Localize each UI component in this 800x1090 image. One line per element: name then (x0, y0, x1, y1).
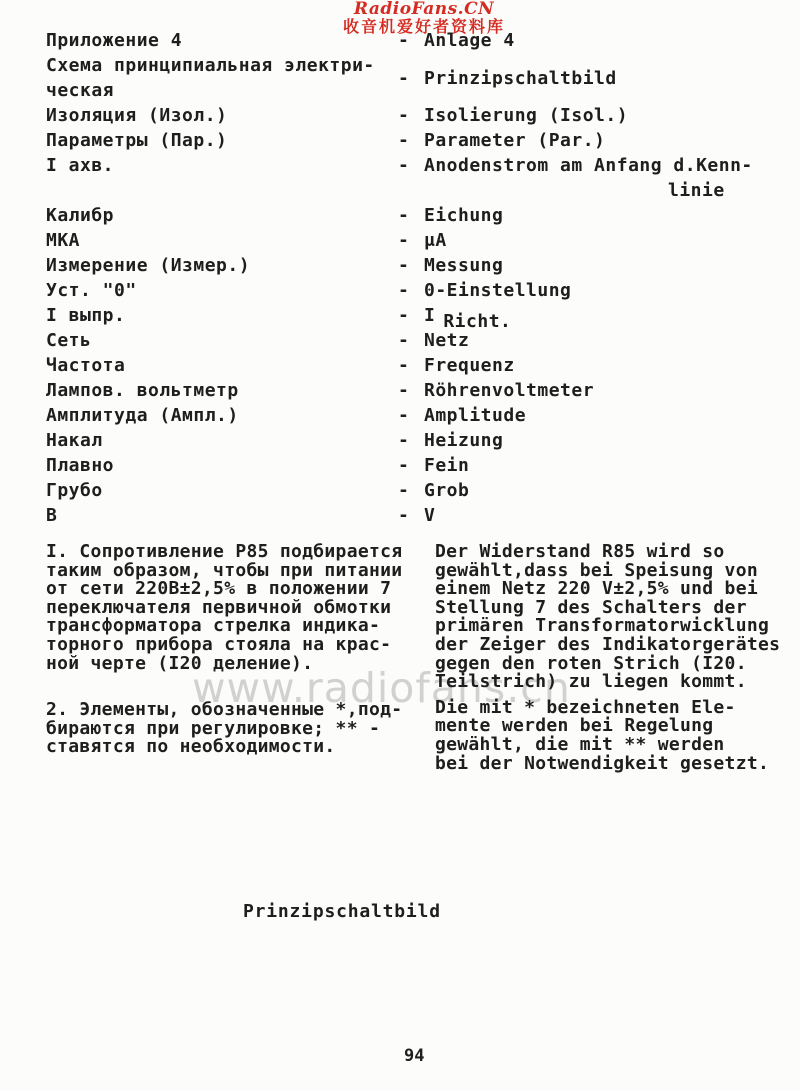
glossary-row: Сеть-Netz (46, 328, 786, 353)
glossary-term-german: Parameter (Par.) (424, 128, 786, 153)
glossary-separator-dash: - (398, 253, 424, 278)
note-2-german: Die mit * bezeichneten Ele-mente werden … (435, 699, 794, 773)
glossary-term-russian: Схема принципиальная электри-ческая (46, 53, 398, 103)
glossary-term-russian: Лампов. вольтметр (46, 378, 398, 403)
glossary-term-german: Anlage 4 (424, 28, 786, 53)
notes-section: I. Сопротивление Р85 подбираетсятаким об… (46, 543, 794, 773)
glossary-term-german: IRicht. (424, 303, 786, 328)
glossary-separator-dash: - (398, 103, 424, 128)
page-number: 94 (404, 1046, 424, 1066)
glossary-row: Уст. "0"-0-Einstellung (46, 278, 786, 303)
glossary-separator-dash: - (398, 328, 424, 353)
glossary-separator-dash: - (398, 353, 424, 378)
notes-column-german: Der Widerstand R85 wird sogewählt,dass b… (435, 543, 794, 773)
glossary-term-german: Amplitude (424, 403, 786, 428)
note-line: от сети 220В±2,5% в положении 7 (46, 580, 435, 599)
glossary-term-russian: Амплитуда (Ампл.) (46, 403, 398, 428)
glossary-separator-dash: - (398, 478, 424, 503)
note-line: einem Netz 220 V±2,5% und bei (435, 580, 794, 599)
glossary-term-russian: I выпр. (46, 303, 398, 328)
note-1-russian: I. Сопротивление Р85 подбираетсятаким об… (46, 543, 435, 673)
glossary-separator-dash: - (398, 66, 424, 91)
glossary-row: Параметры (Пар.)-Parameter (Par.) (46, 128, 786, 153)
note-line: 2. Элементы, обозначенные *,под- (46, 701, 435, 720)
glossary-row: I ахв.-Anodenstrom am Anfang d.Kenn-lini… (46, 153, 786, 203)
glossary-term-german: Heizung (424, 428, 786, 453)
glossary-term-russian: Сеть (46, 328, 398, 353)
glossary-separator-dash: - (398, 128, 424, 153)
glossary-row: Лампов. вольтметр-Röhrenvoltmeter (46, 378, 786, 403)
glossary-row: Амплитуда (Ампл.)-Amplitude (46, 403, 786, 428)
glossary-term-german: Eichung (424, 203, 786, 228)
glossary-term-german: Fein (424, 453, 786, 478)
note-line: Der Widerstand R85 wird so (435, 543, 794, 562)
glossary-term-german: Messung (424, 253, 786, 278)
glossary-term-russian: Грубо (46, 478, 398, 503)
glossary-row: Приложение 4-Anlage 4 (46, 28, 786, 53)
glossary-term-russian: В (46, 503, 398, 528)
note-line: gewählt, die mit ** werden (435, 736, 794, 755)
glossary-separator-dash: - (398, 378, 424, 403)
glossary-term-russian: МКА (46, 228, 398, 253)
glossary-separator-dash: - (398, 203, 424, 228)
glossary-term-german: V (424, 503, 786, 528)
glossary-term-russian: Накал (46, 428, 398, 453)
glossary-term-russian: Плавно (46, 453, 398, 478)
glossary-term-russian: Калибр (46, 203, 398, 228)
glossary-row: Калибр-Eichung (46, 203, 786, 228)
glossary-term-german: Röhrenvoltmeter (424, 378, 786, 403)
notes-column-russian: I. Сопротивление Р85 подбираетсятаким об… (46, 543, 435, 773)
note-1-german: Der Widerstand R85 wird sogewählt,dass b… (435, 543, 794, 692)
glossary-row: I выпр.-IRicht. (46, 303, 786, 328)
glossary-term-german: 0-Einstellung (424, 278, 786, 303)
note-line: der Zeiger des Indikatorgerätes (435, 636, 794, 655)
glossary-separator-dash: - (398, 228, 424, 253)
glossary-term-russian: Параметры (Пар.) (46, 128, 398, 153)
glossary-term-german: Frequenz (424, 353, 786, 378)
glossary-row: В-V (46, 503, 786, 528)
glossary-row: Накал-Heizung (46, 428, 786, 453)
glossary-separator-dash: - (398, 428, 424, 453)
glossary-term-russian: Частота (46, 353, 398, 378)
note-line: торного прибора стояла на крас- (46, 636, 435, 655)
glossary-row: Грубо-Grob (46, 478, 786, 503)
glossary-separator-dash: - (398, 303, 424, 328)
glossary-table: Приложение 4-Anlage 4Схема принципиальна… (46, 28, 786, 528)
glossary-row: Измерение (Измер.)-Messung (46, 253, 786, 278)
glossary-term-russian: Уст. "0" (46, 278, 398, 303)
glossary-term-russian: Приложение 4 (46, 28, 398, 53)
schematic-caption: Prinzipschaltbild (243, 901, 441, 922)
glossary-term-german: μA (424, 228, 786, 253)
glossary-term-russian: Измерение (Измер.) (46, 253, 398, 278)
glossary-separator-dash: - (398, 403, 424, 428)
glossary-row: Изоляция (Изол.)-Isolierung (Isol.) (46, 103, 786, 128)
glossary-term-german: Prinzipschaltbild (424, 66, 786, 91)
note-line: bei der Notwendigkeit gesetzt. (435, 755, 794, 774)
radiofans-logo-text: RadioFans.CN (300, 2, 548, 17)
glossary-separator-dash: - (398, 153, 424, 178)
glossary-term-german: Grob (424, 478, 786, 503)
glossary-separator-dash: - (398, 503, 424, 528)
note-line: ной черте (I20 деление). (46, 655, 435, 674)
glossary-row: МКА-μA (46, 228, 786, 253)
glossary-separator-dash: - (398, 278, 424, 303)
glossary-row: Схема принципиальная электри-ческая-Prin… (46, 53, 786, 103)
glossary-row: Плавно-Fein (46, 453, 786, 478)
glossary-term-russian: Изоляция (Изол.) (46, 103, 398, 128)
glossary-term-german: Anodenstrom am Anfang d.Kenn-linie (424, 153, 786, 203)
glossary-row: Частота-Frequenz (46, 353, 786, 378)
note-line: I. Сопротивление Р85 подбирается (46, 543, 435, 562)
note-2-russian: 2. Элементы, обозначенные *,под-бираются… (46, 701, 435, 757)
note-line: Teilstrich) zu liegen kommt. (435, 673, 794, 692)
glossary-separator-dash: - (398, 28, 424, 53)
glossary-term-german: Isolierung (Isol.) (424, 103, 786, 128)
glossary-separator-dash: - (398, 453, 424, 478)
document-page: RadioFans.CN 收音机爱好者资料库 www.radiofans.cn … (0, 0, 800, 1090)
glossary-term-russian: I ахв. (46, 153, 398, 178)
note-line: ставятся по необходимости. (46, 738, 435, 757)
